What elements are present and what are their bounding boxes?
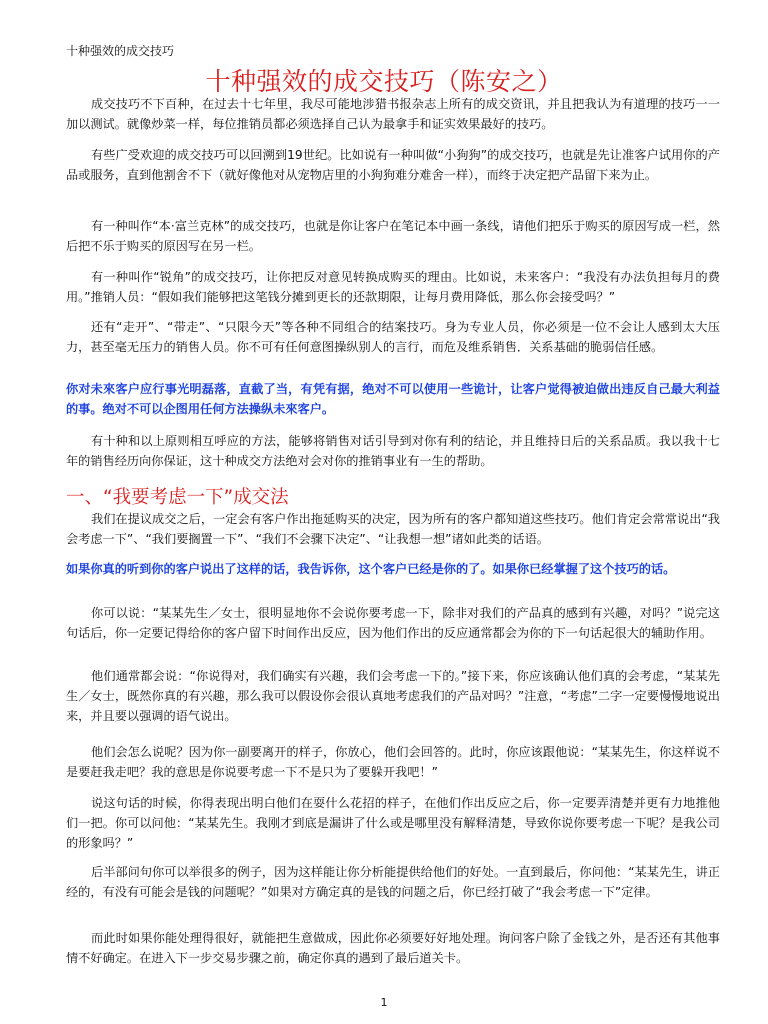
body-paragraph: 还有“走开”、“带走”、“只限今天”等各种不同组合的结案技巧。身为专业人员，你必… <box>66 317 720 357</box>
body-paragraph: 有些广受欢迎的成交技巧可以回溯到19世纪。比如说有一种叫做“小狗狗”的成交技巧，… <box>66 145 720 185</box>
page-number: 1 <box>0 996 768 1009</box>
document-page: 十种强效的成交技巧 十种强效的成交技巧（陈安之） 成交技巧不下百种，在过去十七年… <box>0 0 768 1024</box>
body-paragraph: 有一种叫作“本·富兰克林”的成交技巧，也就是你让客户在笔记本中画一条线，请他们把… <box>66 216 720 256</box>
body-paragraph: 后半部问句你可以举很多的例子，因为这样能让你分析能提供给他们的好处。一直到最后，… <box>66 862 720 902</box>
body-paragraph: 说这句话的时候，你得表现出明白他们在耍什么花招的样子，在他们作出反应之后，你一定… <box>66 793 720 853</box>
body-paragraph: 有一种叫作“锐角”的成交技巧，让你把反对意见转换成购买的理由。比如说，未来客户：… <box>66 267 720 307</box>
body-paragraph: 他们通常都会说：“你说得对，我们确实有兴趣，我们会考虑一下的。”接下来，你应该确… <box>66 666 720 726</box>
emphasis-paragraph: 你对未來客户应行事光明磊落，直截了当，有凭有据，绝对不可以使用一些诡计，让客户觉… <box>66 379 720 419</box>
section-heading: 一、“我要考虑一下”成交法 <box>66 483 289 509</box>
running-header: 十种强效的成交技巧 <box>66 42 174 59</box>
body-paragraph: 他们会怎么说呢？因为你一副要离开的样子，你放心，他们会回答的。此时，你应该跟他说… <box>66 742 720 782</box>
body-paragraph: 而此时如果你能处理得很好，就能把生意做成，因此你必须要好好地处理。询问客户除了金… <box>66 928 720 968</box>
body-paragraph: 成交技巧不下百种，在过去十七年里，我尽可能地涉猎书报杂志上所有的成交资讯，并且把… <box>66 94 720 134</box>
emphasis-paragraph: 如果你真的听到你的客户说出了这样的话，我告诉你，这个客户已经是你的了。如果你已经… <box>66 559 720 579</box>
body-paragraph: 你可以说：“某某先生／女士，很明显地你不会说你要考虑一下，除非对我们的产品真的感… <box>66 603 720 643</box>
document-title: 十种强效的成交技巧（陈安之） <box>0 62 768 98</box>
body-paragraph: 有十种和以上原则相互呼应的方法，能够将销售对话引导到对你有利的结论，并且维持日后… <box>66 431 720 471</box>
body-paragraph: 我们在提议成交之后，一定会有客户作出拖延购买的决定，因为所有的客户都知道这些技巧… <box>66 509 720 549</box>
